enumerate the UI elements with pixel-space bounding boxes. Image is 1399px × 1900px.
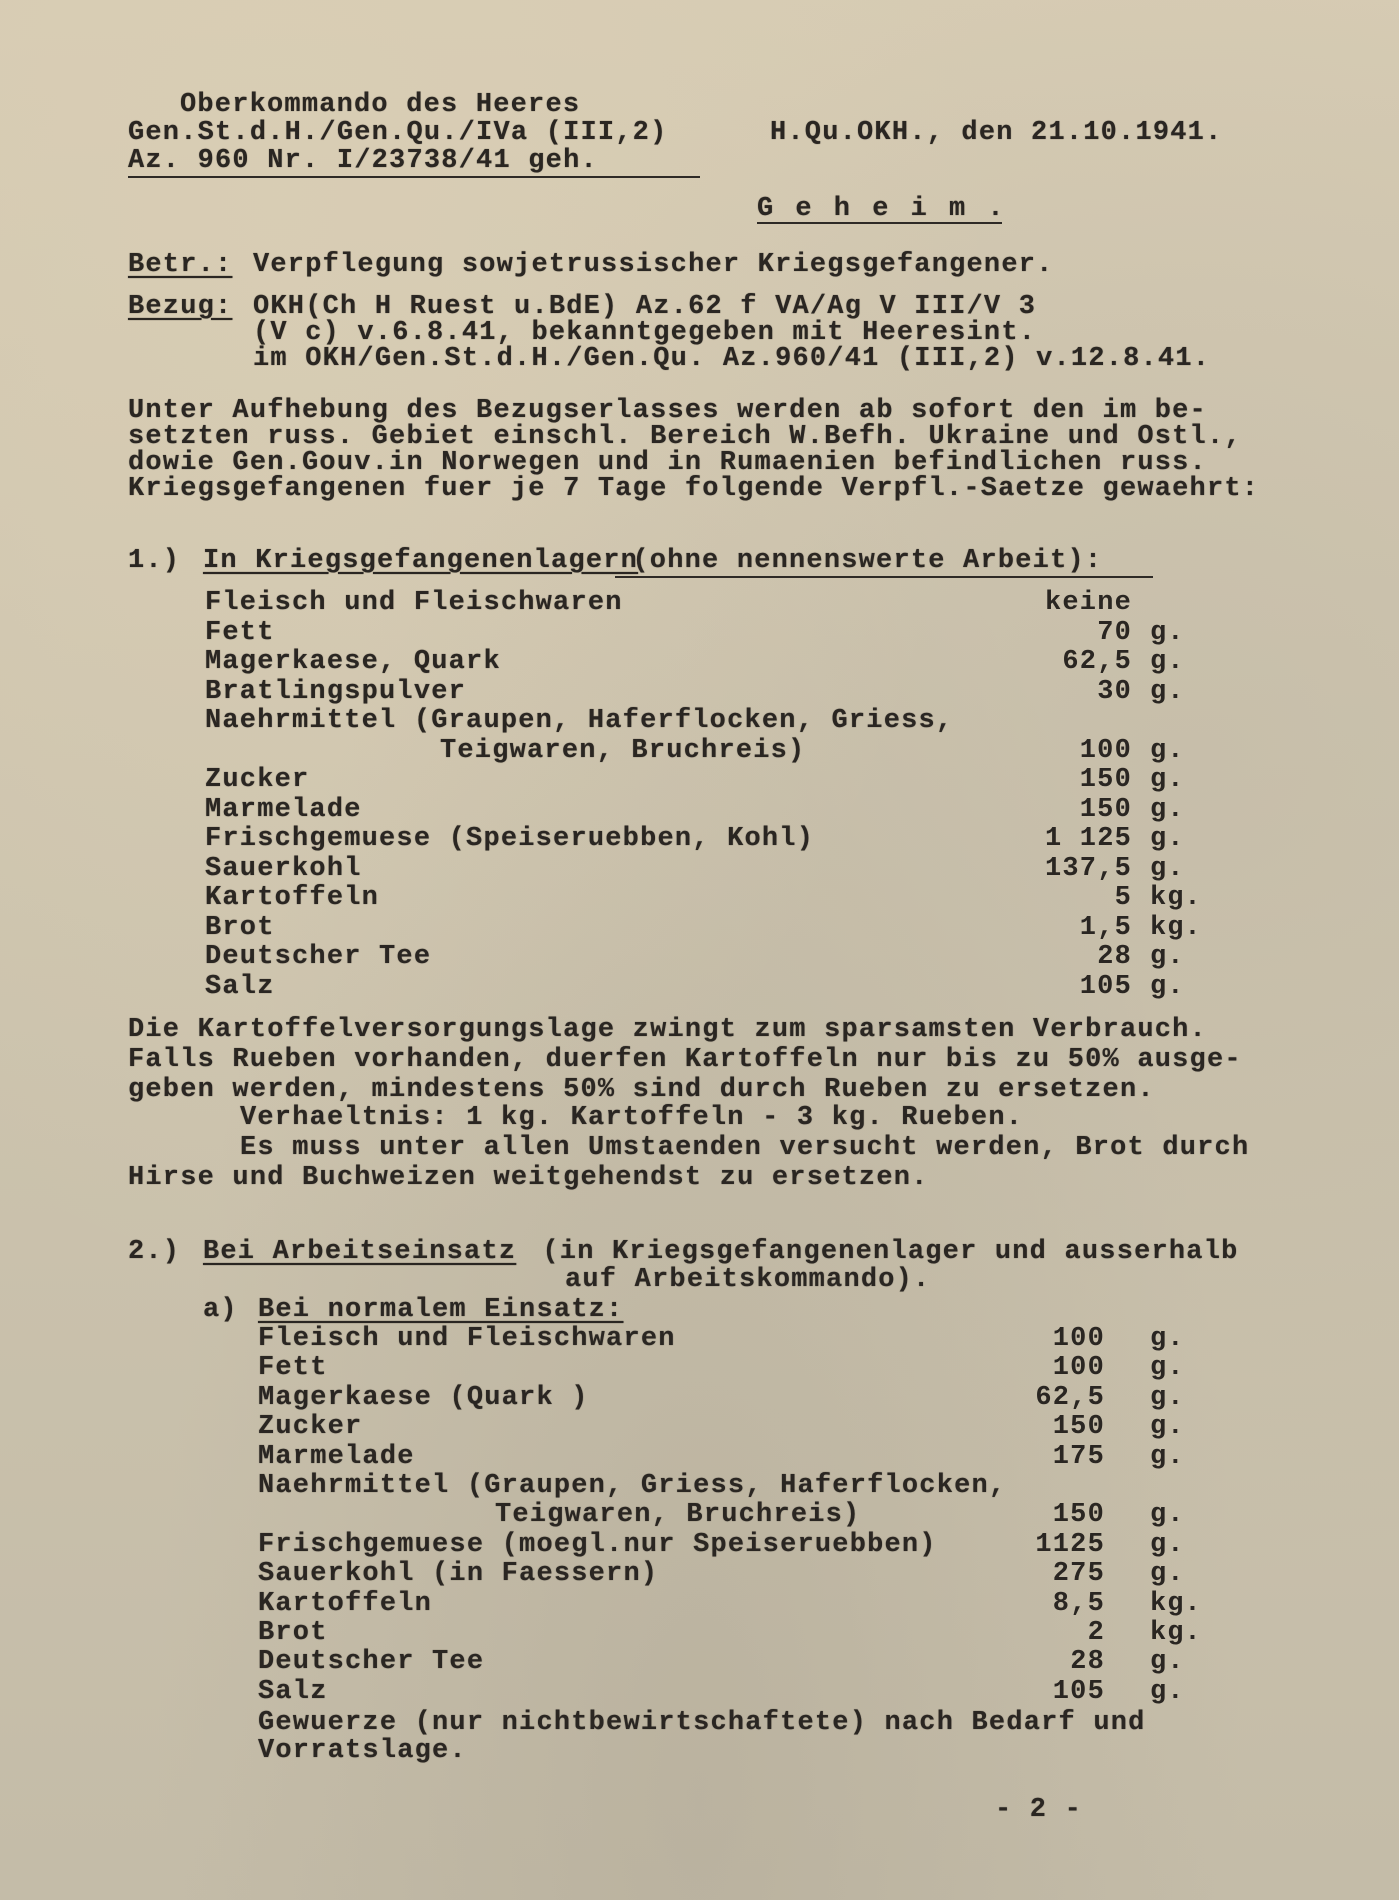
ration-item-unit: g. [1150, 1559, 1184, 1589]
section1-note-line: Falls Rueben vorhanden, duerfen Kartoffe… [128, 1045, 1242, 1075]
spices-line: Vorratslage. [258, 1736, 467, 1766]
ration-item-name: Naehrmittel (Graupen, Griess, Haferflock… [258, 1471, 1006, 1501]
file-number: Az. 960 Nr. I/23738/41 geh. [128, 146, 598, 176]
section1-suffix-underline [615, 576, 1153, 578]
ration-item-amount: 28 [965, 1647, 1105, 1677]
ration-item-amount: 150 [965, 1500, 1105, 1530]
ration-item-name: Bratlingspulver [205, 677, 466, 707]
ration-item-unit: g. [1150, 765, 1184, 795]
ration-item-name: Kartoffeln [258, 1589, 432, 1619]
ration-item-unit: g. [1150, 1412, 1184, 1442]
ration-item-name: Salz [205, 972, 275, 1002]
ration-item-amount: 100 [965, 1353, 1105, 1383]
ration-item-amount: 105 [965, 1677, 1105, 1707]
section1-note-line: geben werden, mindestens 50% sind durch … [128, 1075, 1155, 1105]
ration-item-amount: 30 [992, 677, 1132, 707]
reference-label: Bezug: [128, 292, 232, 322]
ration-item-amount: 137,5 [992, 854, 1132, 884]
ration-item-name: Frischgemuese (moegl.nur Speiseruebben) [258, 1530, 937, 1560]
ration-item-amount: 175 [965, 1442, 1105, 1472]
ration-item-amount: 62,5 [992, 647, 1132, 677]
ration-item-unit: g. [1150, 736, 1184, 766]
section2a-title: Bei normalem Einsatz: [258, 1295, 623, 1325]
ration-item-unit: g. [1150, 942, 1184, 972]
ration-item-unit: kg. [1150, 1618, 1202, 1648]
ration-item-unit: g. [1150, 795, 1184, 825]
section1-title: In Kriegsgefangenenlagern [203, 546, 638, 576]
ration-item-amount: 100 [965, 1324, 1105, 1354]
section2-title-line2: auf Arbeitskommando). [565, 1265, 930, 1295]
ration-item-amount: 105 [992, 972, 1132, 1002]
ration-item-name-cont: Teigwaren, Bruchreis) [495, 1500, 860, 1530]
ration-item-name: Brot [205, 913, 275, 943]
ration-item-name: Sauerkohl [205, 854, 362, 884]
ration-item-amount: 1125 [965, 1530, 1105, 1560]
ration-item-amount: 1,5 [992, 913, 1132, 943]
ratio-line: Verhaeltnis: 1 kg. Kartoffeln - 3 kg. Ru… [240, 1103, 1023, 1133]
ration-item-unit: g. [1150, 854, 1184, 884]
ration-item-name: Fleisch und Fleischwaren [205, 588, 623, 618]
ration-item-unit: g. [1150, 1353, 1184, 1383]
ration-item-unit: kg. [1150, 913, 1202, 943]
ration-item-amount: keine [992, 588, 1132, 618]
ration-item-name: Fett [205, 618, 275, 648]
ration-item-unit: g. [1150, 972, 1184, 1002]
ration-item-name: Marmelade [258, 1442, 415, 1472]
section2-title: Bei Arbeitseinsatz [203, 1237, 516, 1267]
ration-item-amount: 275 [965, 1559, 1105, 1589]
ration-item-name: Marmelade [205, 795, 362, 825]
ration-item-unit: g. [1150, 647, 1184, 677]
ration-item-amount: 150 [992, 765, 1132, 795]
ration-item-name: Magerkaese (Quark ) [258, 1383, 589, 1413]
ration-item-name: Deutscher Tee [205, 942, 431, 972]
ration-item-name: Fett [258, 1353, 328, 1383]
ration-item-unit: g. [1150, 1677, 1184, 1707]
ration-item-unit: g. [1150, 1383, 1184, 1413]
ration-item-amount: 70 [992, 618, 1132, 648]
ration-item-name: Zucker [258, 1412, 362, 1442]
ration-item-amount: 150 [992, 795, 1132, 825]
section2a-label: a) [203, 1295, 238, 1325]
ration-item-name: Frischgemuese (Speiseruebben, Kohl) [205, 824, 814, 854]
ration-item-name: Salz [258, 1677, 328, 1707]
ration-item-name: Sauerkohl (in Faessern) [258, 1559, 658, 1589]
ration-item-unit: g. [1150, 1324, 1184, 1354]
ration-item-unit: g. [1150, 824, 1184, 854]
place-date: H.Qu.OKH., den 21.10.1941. [770, 118, 1222, 148]
section1-title-suffix: (ohne nennenswerte Arbeit): [615, 546, 1102, 576]
classification-underline [757, 222, 1002, 224]
ration-item-name: Deutscher Tee [258, 1647, 484, 1677]
ration-item-name: Magerkaese, Quark [205, 647, 501, 677]
ration-item-unit: g. [1150, 1647, 1184, 1677]
ration-item-name: Fleisch und Fleischwaren [258, 1324, 676, 1354]
ration-item-unit: g. [1150, 1500, 1184, 1530]
section1-note-line: Die Kartoffelversorgungslage zwingt zum … [128, 1015, 1207, 1045]
ration-item-amount: 1 125 [992, 824, 1132, 854]
ration-item-unit: kg. [1150, 1589, 1202, 1619]
ration-item-unit: g. [1150, 1530, 1184, 1560]
ration-item-amount: 8,5 [965, 1589, 1105, 1619]
ration-item-name: Brot [258, 1618, 328, 1648]
ration-item-amount: 62,5 [965, 1383, 1105, 1413]
ration-item-amount: 150 [965, 1412, 1105, 1442]
file-number-underline [128, 176, 700, 178]
ration-item-name: Zucker [205, 765, 309, 795]
bread-note-line: Hirse und Buchweizen weitgehendst zu ers… [128, 1163, 929, 1193]
subject-label: Betr.: [128, 250, 232, 280]
ration-item-amount: 28 [992, 942, 1132, 972]
ration-item-unit: g. [1150, 618, 1184, 648]
ration-item-name-cont: Teigwaren, Bruchreis) [440, 736, 805, 766]
bread-note-line: Es muss unter allen Umstaenden versucht … [240, 1133, 1249, 1163]
section2-title-suffix: (in Kriegsgefangenenlager und ausserhalb [525, 1237, 1239, 1267]
subject-text: Verpflegung sowjetrussischer Kriegsgefan… [253, 250, 1054, 280]
ration-item-name: Kartoffeln [205, 883, 379, 913]
ration-item-unit: g. [1150, 1442, 1184, 1472]
ration-item-unit: kg. [1150, 883, 1202, 913]
spices-line: Gewuerze (nur nichtbewirtschaftete) nach… [258, 1708, 1146, 1738]
authority-line: Oberkommando des Heeres [180, 90, 580, 120]
department-line: Gen.St.d.H./Gen.Qu./IVa (III,2) [128, 118, 667, 148]
ration-item-amount: 5 [992, 883, 1132, 913]
intro-line: Kriegsgefangenen fuer je 7 Tage folgende… [128, 474, 1259, 504]
page-number: - 2 - [995, 1795, 1082, 1825]
ration-item-unit: g. [1150, 677, 1184, 707]
ration-item-amount: 2 [965, 1618, 1105, 1648]
reference-line: im OKH/Gen.St.d.H./Gen.Qu. Az.960/41 (II… [253, 344, 1210, 374]
ration-item-name: Naehrmittel (Graupen, Haferflocken, Grie… [205, 706, 953, 736]
section1-number: 1.) [128, 546, 180, 576]
classification-stamp: G e h e i m . [757, 194, 1007, 224]
ration-item-amount: 100 [992, 736, 1132, 766]
section2-number: 2.) [128, 1237, 180, 1267]
